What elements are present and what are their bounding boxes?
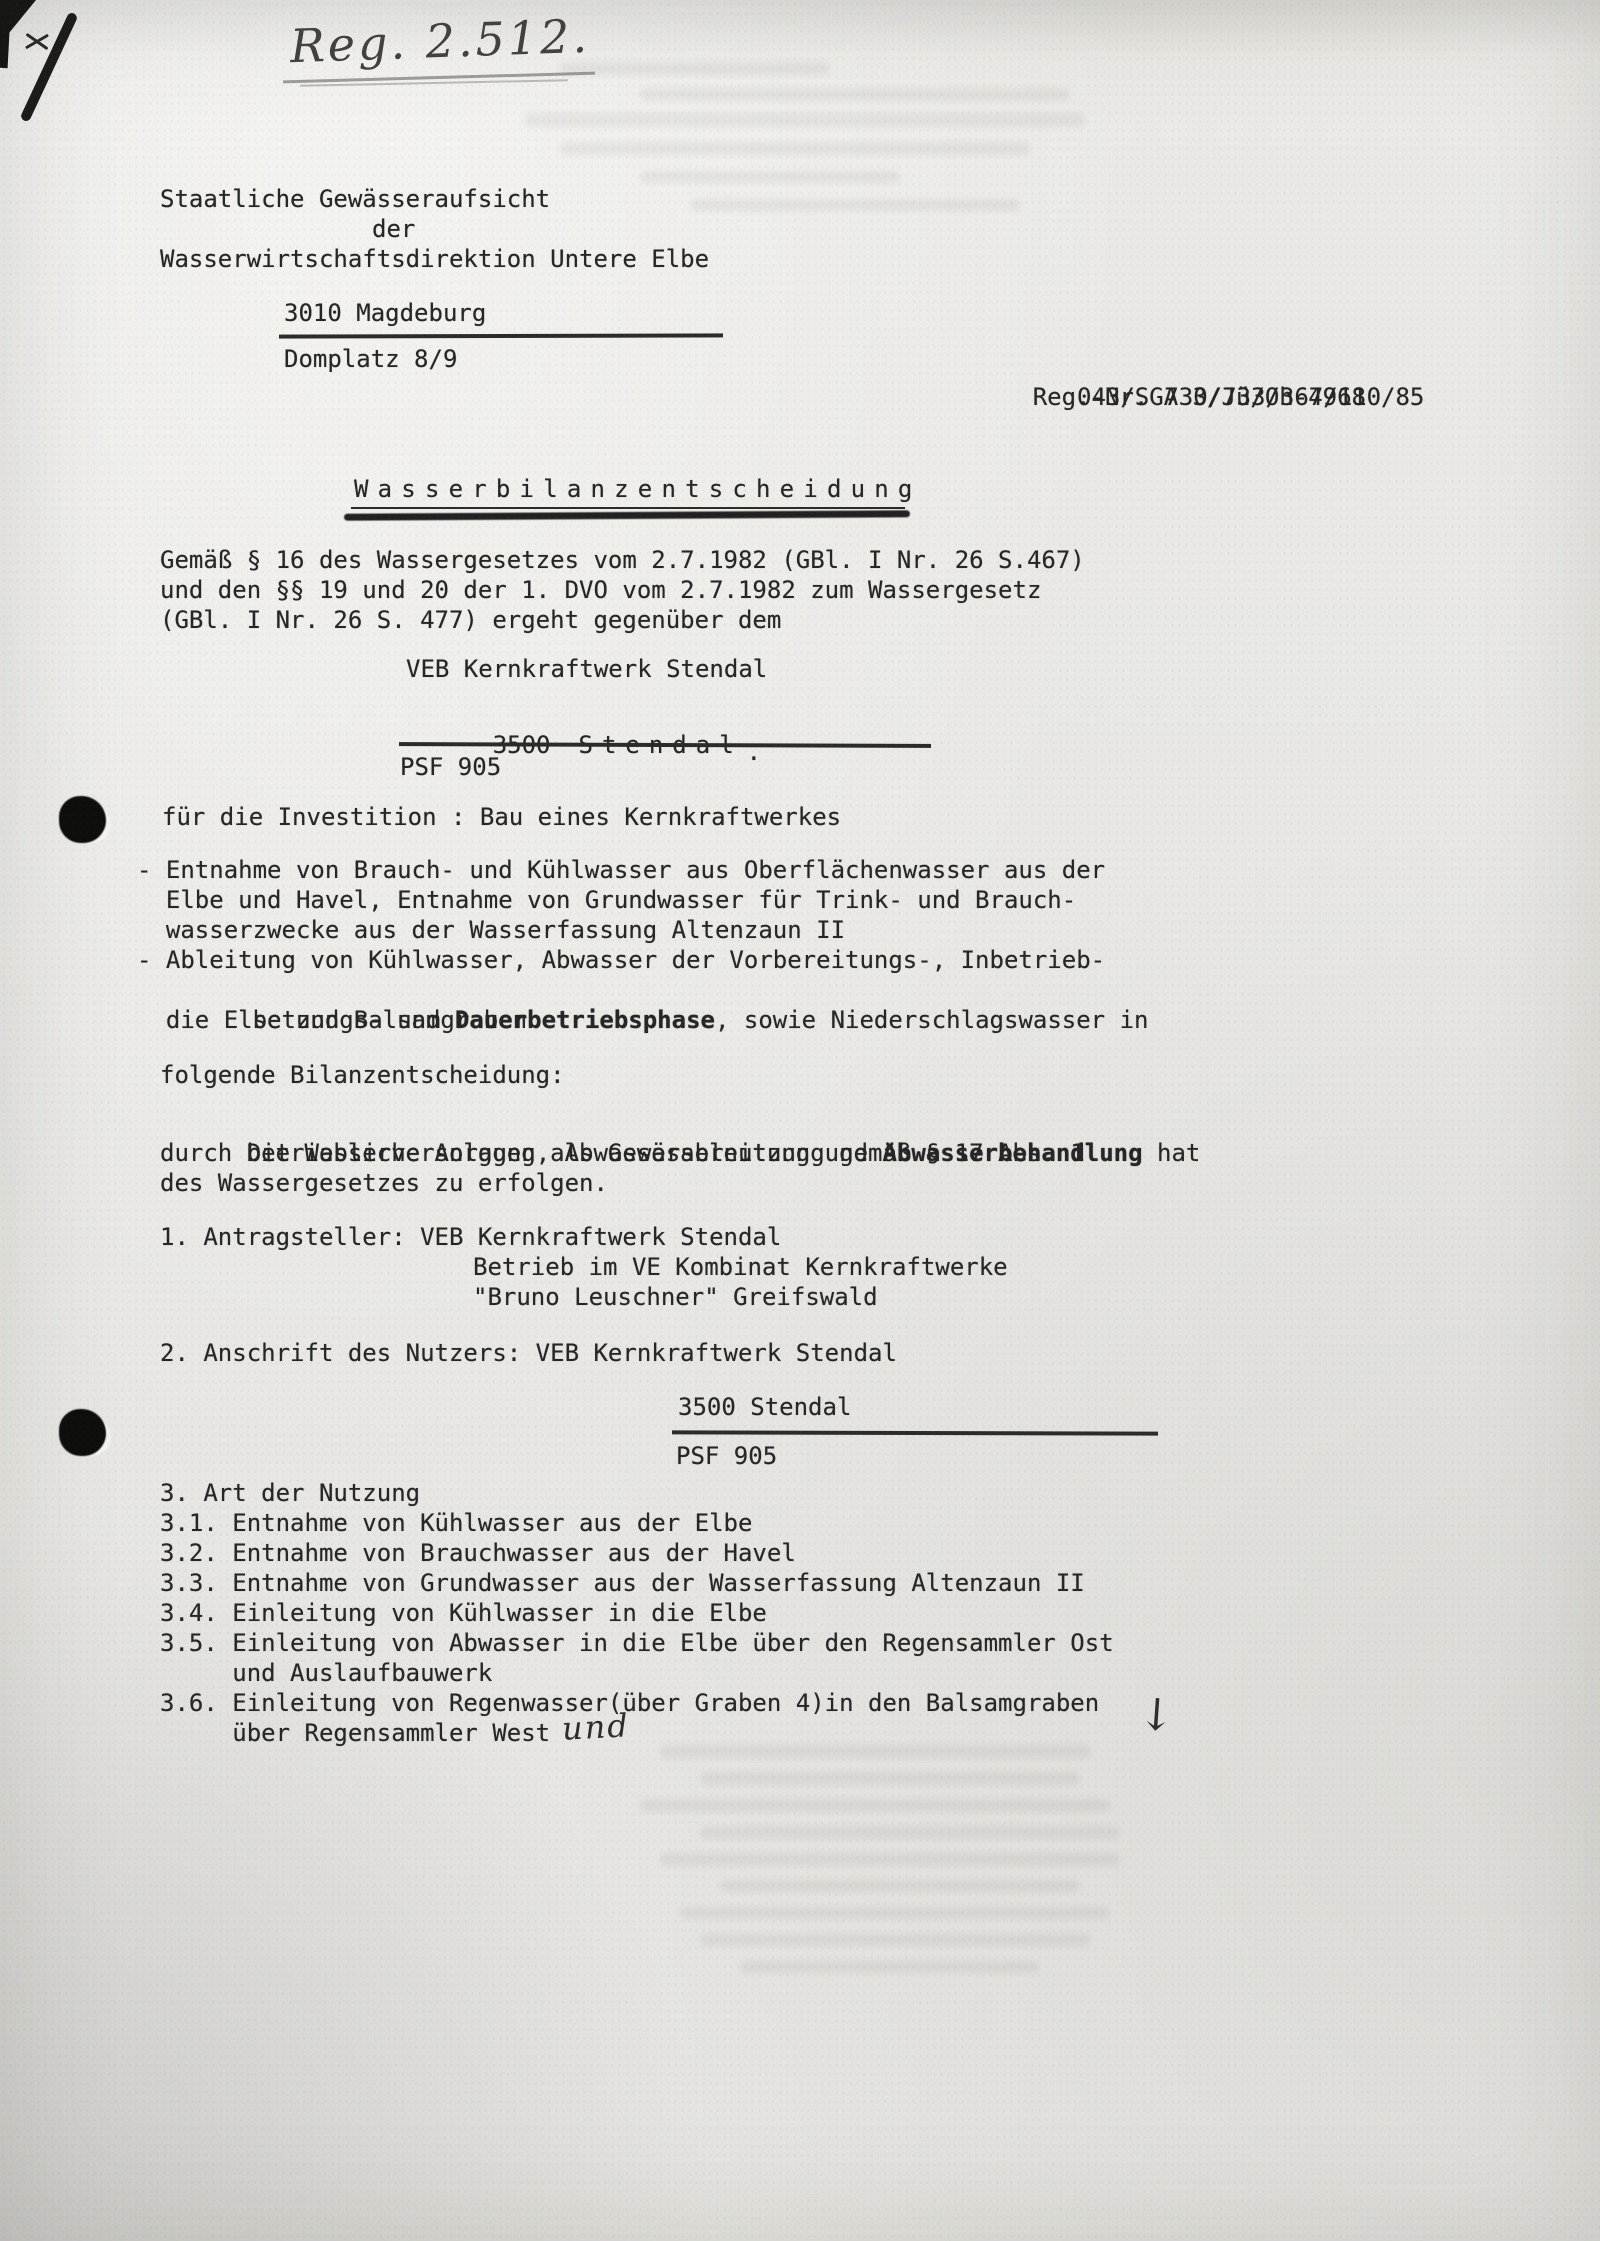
bleed-through-text [740, 1961, 1040, 1973]
bullet-line-segment: , sowie Niederschlagswasser in [715, 1006, 1148, 1034]
decision-line: durch betriebliche Anlagen als Gewässern… [160, 1138, 1085, 1168]
bleed-through-text [660, 1853, 1120, 1866]
org-street: Domplatz 8/9 [284, 344, 457, 374]
scanned-document-page: Reg. 2.512. Staatliche Gewässeraufsicht … [0, 0, 1600, 2241]
addressee-pobox: PSF 905 [400, 752, 501, 782]
following-line: folgende Bilanzentscheidung: [160, 1060, 565, 1090]
intro-line: Gemäß § 16 des Wassergesetzes vom 2.7.19… [160, 545, 1085, 575]
title-underline-typed [351, 507, 905, 509]
org-name-line-1: Staatliche Gewässeraufsicht [160, 184, 550, 214]
item-1-line: "Bruno Leuschner" Greifswald [473, 1282, 878, 1312]
hole-punch [59, 796, 106, 843]
item-2-pobox: PSF 905 [676, 1441, 777, 1471]
handwritten-arrow-down: ↓ [1136, 1689, 1176, 1742]
bleed-through-text [640, 1799, 1110, 1812]
item-3-line: 3.6. Einleitung von Regenwasser(über Gra… [160, 1688, 1099, 1718]
item-1-line: 1. Antragsteller: VEB Kernkraftwerk Sten… [160, 1222, 781, 1252]
bleed-through-text [700, 1934, 1090, 1946]
bleed-through-text [640, 88, 1070, 101]
bleed-through-text [660, 1745, 1090, 1758]
registry-note: Reg. 2.512. [289, 9, 591, 73]
bullet-line: - Ableitung von Kühlwasser, Abwasser der… [137, 945, 1105, 975]
org-name-line-3: Wasserwirtschaftsdirektion Untere Elbe [160, 244, 709, 274]
handwritten-und: und [561, 1706, 631, 1747]
item-1-line: Betrieb im VE Kombinat Kernkraftwerke [473, 1252, 1008, 1282]
item-3-line: 3.4. Einleitung von Kühlwasser in die El… [160, 1598, 767, 1628]
item-3-line: 3.3. Entnahme von Grundwasser aus der Wa… [160, 1568, 1085, 1598]
decision-line: des Wassergesetzes zu erfolgen. [160, 1168, 608, 1198]
item-3-line: 3.1. Entnahme von Kühlwasser aus der Elb… [160, 1508, 752, 1538]
reg-nr-value-2: 043/SGA 3/Jü/Oh-4968 [1077, 382, 1366, 412]
bleed-through-text [560, 62, 830, 75]
item-3-line: über Regensammler West [160, 1718, 550, 1748]
investment-line: für die Investition : Bau eines Kernkraf… [162, 802, 841, 832]
item-2-city: 3500 Stendal [678, 1392, 851, 1422]
bleed-through-text [700, 1826, 1120, 1839]
bleed-through-text [525, 113, 1085, 127]
addressee-period: . [747, 738, 761, 766]
decision-segment: hat [1143, 1139, 1201, 1167]
item-3-line: 3.2. Entnahme von Brauchwasser aus der H… [160, 1538, 796, 1568]
item-3-line: und Auslaufbauwerk [160, 1658, 492, 1688]
item-3-heading: 3. Art der Nutzung [160, 1478, 420, 1508]
intro-line: (GBl. I Nr. 26 S. 477) ergeht gegenüber … [160, 605, 781, 635]
org-name-line-2: der [372, 214, 415, 244]
bleed-through-text [640, 171, 900, 183]
bullet-line: - Entnahme von Brauch- und Kühlwasser au… [137, 855, 1105, 885]
bullet-line: die Elbe und Balsamgraben [137, 1005, 527, 1035]
item-2-line: 2. Anschrift des Nutzers: VEB Kernkraftw… [160, 1338, 897, 1368]
scan-edge-artifact [0, 14, 10, 68]
bleed-through-text [690, 199, 1020, 211]
bleed-through-text [560, 142, 1030, 155]
addressee-name: VEB Kernkraftwerk Stendal [406, 654, 767, 684]
hole-punch [59, 1409, 106, 1456]
bleed-through-text [720, 1880, 1080, 1892]
bullet-line: Elbe und Havel, Entnahme von Grundwasser… [137, 885, 1076, 915]
intro-line: und den §§ 19 und 20 der 1. DVO vom 2.7.… [160, 575, 1041, 605]
org-city: 3010 Magdeburg [284, 298, 486, 328]
title-underline-pen [344, 510, 910, 520]
bleed-through-text [700, 1772, 1080, 1785]
item-2-underline [672, 1430, 1158, 1435]
bullet-line: wasserzwecke aus der Wasserfassung Alten… [137, 915, 845, 945]
org-city-underline [279, 333, 723, 338]
item-3-line: 3.5. Einleitung von Abwasser in die Elbe… [160, 1628, 1114, 1658]
document-title: Wasserbilanzentscheidung [354, 474, 922, 504]
bleed-through-text [680, 1907, 1110, 1919]
